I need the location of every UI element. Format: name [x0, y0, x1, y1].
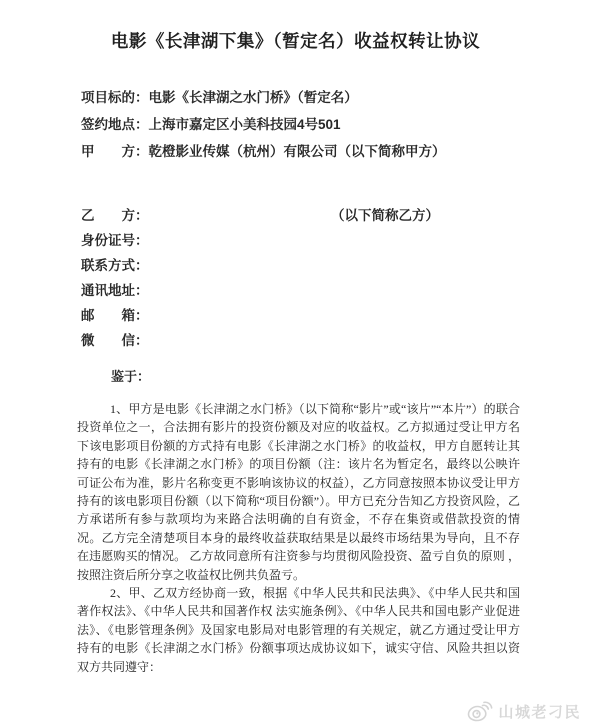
- party-b-email-label: 邮 箱：: [81, 308, 149, 323]
- weibo-watermark: 山城老刁民: [467, 701, 581, 722]
- party-a-row: 甲 方：乾橙影业传媒（杭州）有限公司（以下简称甲方）: [81, 138, 446, 165]
- contract-document-page: 电影《长津湖下集》（暂定名）收益权转让协议 项目标的：电影《长津湖之水门桥》（暂…: [0, 0, 591, 726]
- signing-location-label: 签约地点：: [81, 117, 149, 132]
- party-b-contact-label: 联系方式：: [81, 258, 149, 273]
- signing-location-row: 签约地点：上海市嘉定区小美科技园4号501: [81, 111, 446, 138]
- party-b-address-row: 通讯地址：: [81, 278, 551, 303]
- project-subject-row: 项目标的：电影《长津湖之水门桥》（暂定名）: [81, 84, 446, 111]
- party-b-wechat-row: 微 信：: [81, 328, 551, 353]
- document-title: 电影《长津湖下集》（暂定名）收益权转让协议: [0, 28, 591, 53]
- party-b-label: 乙 方：: [81, 208, 149, 223]
- party-b-address-label: 通讯地址：: [81, 283, 149, 298]
- contract-clause-1: 1、甲方是电影《长津湖之水门桥》（以下简称“影片”或“该片”“本片”）的联合投资…: [77, 400, 520, 584]
- party-b-name-row: 乙 方：（以下简称乙方）: [81, 203, 551, 228]
- signing-location-value: 上海市嘉定区小美科技园4号501: [149, 117, 341, 132]
- whereas-heading: 鉴于：: [77, 364, 150, 389]
- party-b-email-row: 邮 箱：: [81, 303, 551, 328]
- project-subject-value: 电影《长津湖之水门桥》（暂定名）: [149, 90, 358, 105]
- contract-body: 1、甲方是电影《长津湖之水门桥》（以下简称“影片”或“该片”“本片”）的联合投资…: [77, 400, 520, 676]
- party-b-id-label: 身份证号：: [81, 233, 149, 248]
- contract-clause-2: 2、甲、乙双方经协商一致，根据《中华人民共和民法典》、《中华人民共和国著作权法》…: [77, 584, 520, 676]
- party-b-block: 乙 方：（以下简称乙方） 身份证号： 联系方式： 通讯地址： 邮 箱： 微 信：: [81, 203, 551, 353]
- party-b-id-row: 身份证号：: [81, 228, 551, 253]
- weibo-logo-icon: [467, 701, 493, 722]
- party-a-value: 乾橙影业传媒（杭州）有限公司（以下简称甲方）: [149, 144, 446, 159]
- watermark-text: 山城老刁民: [498, 701, 581, 722]
- party-b-wechat-label: 微 信：: [81, 333, 149, 348]
- party-a-label: 甲 方：: [81, 144, 149, 159]
- contract-header-block: 项目标的：电影《长津湖之水门桥》（暂定名） 签约地点：上海市嘉定区小美科技园4号…: [81, 84, 446, 165]
- project-subject-label: 项目标的：: [81, 90, 149, 105]
- party-b-contact-row: 联系方式：: [81, 253, 551, 278]
- party-b-alias-note: （以下简称乙方）: [331, 203, 439, 228]
